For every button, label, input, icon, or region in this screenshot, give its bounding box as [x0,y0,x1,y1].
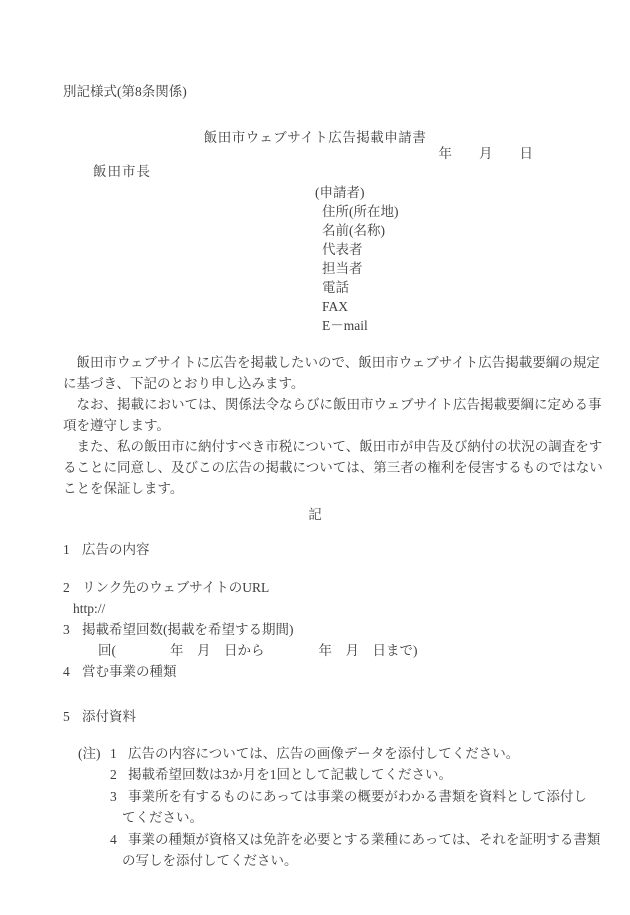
applicant-header: (申請者) [315,183,399,202]
list-item-label: 営む事業の種類 [82,661,177,682]
list-item-attachments: 5 添付資料 [63,706,418,727]
applicant-field-address: 住所(所在地) [322,202,399,221]
note-number: 3 [110,786,128,807]
note-text: 事業の種類が資格又は免許を必要とする業種にあっては、それを証明する書類 [128,829,600,850]
note-item-4: 4 事業の種類が資格又は免許を必要とする業種にあっては、それを証明する書類 [78,829,600,850]
body-line: ることに同意し、及びこの広告の掲載については、第三者の権利を侵害するものではない [63,457,603,478]
list-item-business-type: 4 営む事業の種類 [63,661,418,682]
list-item-number: 1 [63,539,82,560]
note-item-2: 2 掲載希望回数は3か月を1回として記載してください。 [78,764,600,785]
applicant-field-phone: 電話 [322,278,399,297]
list-item-label: リンク先のウェブサイトのURL [82,577,269,598]
list-item-number: 5 [63,706,82,727]
list-item-number: 4 [63,661,82,682]
body-line: 項を遵守します。 [63,415,603,436]
body-line: 飯田市ウェブサイトに広告を掲載したいので、飯田市ウェブサイト広告掲載要綱の規定 [63,352,603,373]
note-text: 事業所を有するものにあっては事業の概要がわかる書類を資料として添付し [128,786,587,807]
applicant-field-fax: FAX [322,297,399,316]
body-line: なお、掲載においては、関係法令ならびに飯田市ウェブサイト広告掲載要綱に定める事 [63,394,603,415]
request-items-list: 1 広告の内容 2 リンク先のウェブサイトのURL http:// 3 掲載希望… [63,539,418,727]
note-text: 掲載希望回数は3か月を1回として記載してください。 [128,764,452,785]
list-item-number: 2 [63,577,82,598]
note-label-spacer [78,786,110,807]
period-fill-in-line: 回( 年 月 日から 年 月 日まで) [98,640,418,661]
note-text: 広告の内容については、広告の画像データを添付してください。 [128,743,519,764]
body-line: ことを保証します。 [63,478,603,499]
applicant-block: (申請者) 住所(所在地) 名前(名称) 代表者 担当者 電話 FAX E－ma… [315,183,399,335]
applicant-field-email: E－mail [322,316,399,335]
body-line: に基づき、下記のとおり申し込みます。 [63,373,603,394]
notes-block: (注) 1 広告の内容については、広告の画像データを添付してください。 2 掲載… [78,743,600,871]
note-label-spacer [78,764,110,785]
applicant-field-name: 名前(名称) [322,221,399,240]
note-label: (注) [78,743,110,764]
date-line: 年 月 日 [439,142,534,162]
list-item-label: 広告の内容 [82,539,150,560]
note-number: 4 [110,829,128,850]
applicant-field-contact-person: 担当者 [322,259,399,278]
note-item-1: (注) 1 広告の内容については、広告の画像データを添付してください。 [78,743,600,764]
list-item-number: 3 [63,619,82,640]
list-item-ad-content: 1 広告の内容 [63,539,418,560]
note-text-continuation: の写しを添付してください。 [78,850,600,871]
applicant-field-representative: 代表者 [322,240,399,259]
page-title: 飯田市ウェブサイト広告掲載申請書 [0,126,630,146]
form-reference: 別記様式(第8条関係) [63,80,187,100]
note-item-3: 3 事業所を有するものにあっては事業の概要がわかる書類を資料として添付し [78,786,600,807]
note-label-spacer [78,829,110,850]
addressee: 飯田市長 [93,160,151,180]
list-item-label: 添付資料 [82,706,136,727]
section-marker: 記 [0,503,630,523]
list-item-link-url: 2 リンク先のウェブサイトのURL [63,577,418,598]
note-text-continuation: てください。 [78,807,600,828]
document-page: 別記様式(第8条関係) 飯田市ウェブサイト広告掲載申請書 年 月 日 飯田市長 … [0,0,630,915]
body-text: 飯田市ウェブサイトに広告を掲載したいので、飯田市ウェブサイト広告掲載要綱の規定 … [63,352,603,499]
body-line: また、私の飯田市に納付すべき市税について、飯田市が申告及び納付の状況の調査をす [63,436,603,457]
url-prefix-line: http:// [73,598,418,619]
note-number: 2 [110,764,128,785]
note-number: 1 [110,743,128,764]
list-item-desired-count: 3 掲載希望回数(掲載を希望する期間) [63,619,418,640]
list-item-label: 掲載希望回数(掲載を希望する期間) [82,619,294,640]
